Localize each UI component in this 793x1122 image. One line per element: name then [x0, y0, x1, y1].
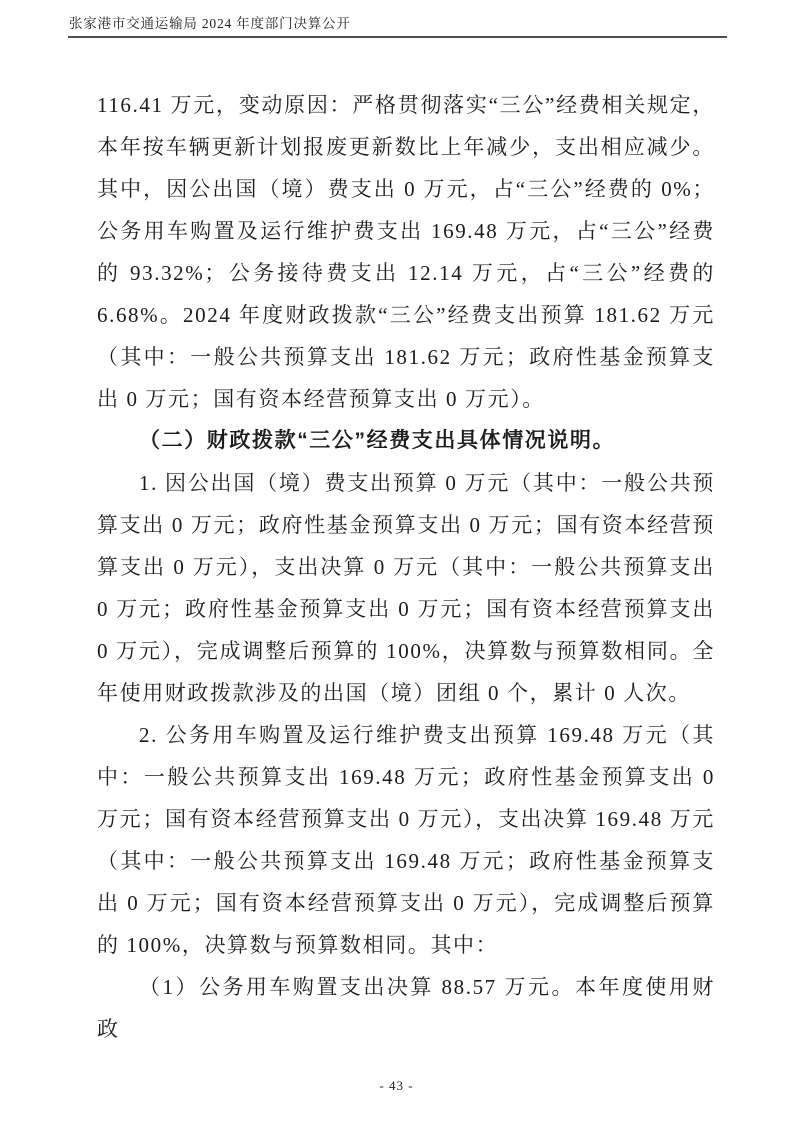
- body-paragraph: 116.41 万元，变动原因：严格贯彻落实“三公”经费相关规定，本年按车辆更新计…: [97, 84, 715, 420]
- page-header-title: 张家港市交通运输局 2024 年度部门决算公开: [69, 12, 351, 32]
- body-paragraph: （1）公务用车购置支出决算 88.57 万元。本年度使用财政: [97, 966, 715, 1050]
- header-rule: [68, 36, 727, 38]
- body-paragraph: 1. 因公出国（境）费支出预算 0 万元（其中：一般公共预算支出 0 万元；政府…: [97, 462, 715, 714]
- page-number: - 43 -: [0, 1078, 793, 1094]
- body-paragraph: 2. 公务用车购置及运行维护费支出预算 169.48 万元（其中：一般公共预算支…: [97, 714, 715, 966]
- section-heading: （二）财政拨款“三公”经费支出具体情况说明。: [97, 420, 715, 462]
- document-page: 张家港市交通运输局 2024 年度部门决算公开 116.41 万元，变动原因：严…: [0, 0, 793, 1122]
- document-body: 116.41 万元，变动原因：严格贯彻落实“三公”经费相关规定，本年按车辆更新计…: [97, 84, 715, 1050]
